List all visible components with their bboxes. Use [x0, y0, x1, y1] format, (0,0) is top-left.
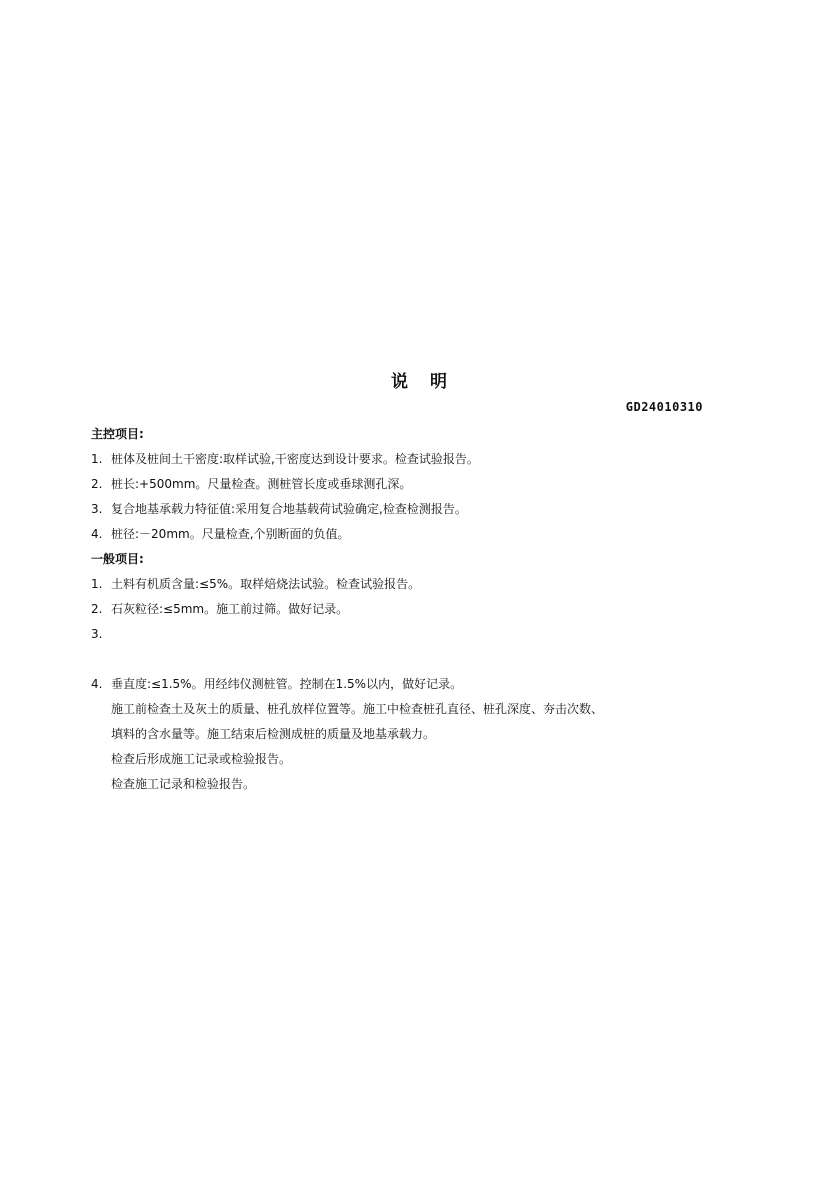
item-number: 1. [91, 447, 111, 472]
item-number: 3. [91, 497, 111, 522]
section-heading-general: 一般项目: [91, 547, 731, 572]
item-number: 4. [91, 522, 111, 547]
document-title: 说明 [0, 370, 838, 394]
note-line: 施工前检查土及灰土的质量、桩孔放样位置等。施工中检查桩孔直径、桩孔深度、夯击次数… [91, 697, 731, 722]
section-heading-main-control: 主控项目: [91, 422, 731, 447]
item-number: 2. [91, 597, 111, 622]
document-page: 说明 GD24010310 主控项目: 1.桩体及桩间土干密度:取样试验,干密度… [0, 0, 838, 1186]
note-line: 填料的含水量等。施工结束后检测成桩的质量及地基承载力。 [91, 722, 731, 747]
list-item: 3.复合地基承载力特征值:采用复合地基载荷试验确定,检查检测报告。 [91, 497, 731, 522]
document-body: 主控项目: 1.桩体及桩间土干密度:取样试验,干密度达到设计要求。检查试验报告。… [91, 422, 731, 797]
item-number: 2. [91, 472, 111, 497]
blank-line [91, 647, 731, 672]
list-item: 4.垂直度:≤1.5%。用经纬仪测桩管。控制在1.5%以内，做好记录。 [91, 672, 731, 697]
list-item: 2.桩长:+500mm。尺量检查。测桩管长度或垂球测孔深。 [91, 472, 731, 497]
note-line: 检查后形成施工记录或检验报告。 [91, 747, 731, 772]
document-number: GD24010310 [626, 398, 703, 416]
item-text: 复合地基承载力特征值:采用复合地基载荷试验确定,检查检测报告。 [111, 502, 467, 516]
list-item: 1.土料有机质含量:≤5%。取样焙烧法试验。检查试验报告。 [91, 572, 731, 597]
note-line: 检查施工记录和检验报告。 [91, 772, 731, 797]
item-number: 4. [91, 672, 111, 697]
item-text: 垂直度:≤1.5%。用经纬仪测桩管。控制在1.5%以内，做好记录。 [111, 677, 462, 691]
item-text: 桩体及桩间土干密度:取样试验,干密度达到设计要求。检查试验报告。 [111, 452, 479, 466]
list-item: 1.桩体及桩间土干密度:取样试验,干密度达到设计要求。检查试验报告。 [91, 447, 731, 472]
item-text: 石灰粒径:≤5mm。施工前过筛。做好记录。 [111, 602, 348, 616]
item-text: 桩径:－20mm。尺量检查,个别断面的负值。 [111, 527, 350, 541]
list-item: 3. [91, 622, 731, 647]
item-number: 3. [91, 622, 111, 647]
item-text: 桩长:+500mm。尺量检查。测桩管长度或垂球测孔深。 [111, 477, 411, 491]
item-number: 1. [91, 572, 111, 597]
list-item: 4.桩径:－20mm。尺量检查,个别断面的负值。 [91, 522, 731, 547]
list-item: 2.石灰粒径:≤5mm。施工前过筛。做好记录。 [91, 597, 731, 622]
item-text: 土料有机质含量:≤5%。取样焙烧法试验。检查试验报告。 [111, 577, 420, 591]
